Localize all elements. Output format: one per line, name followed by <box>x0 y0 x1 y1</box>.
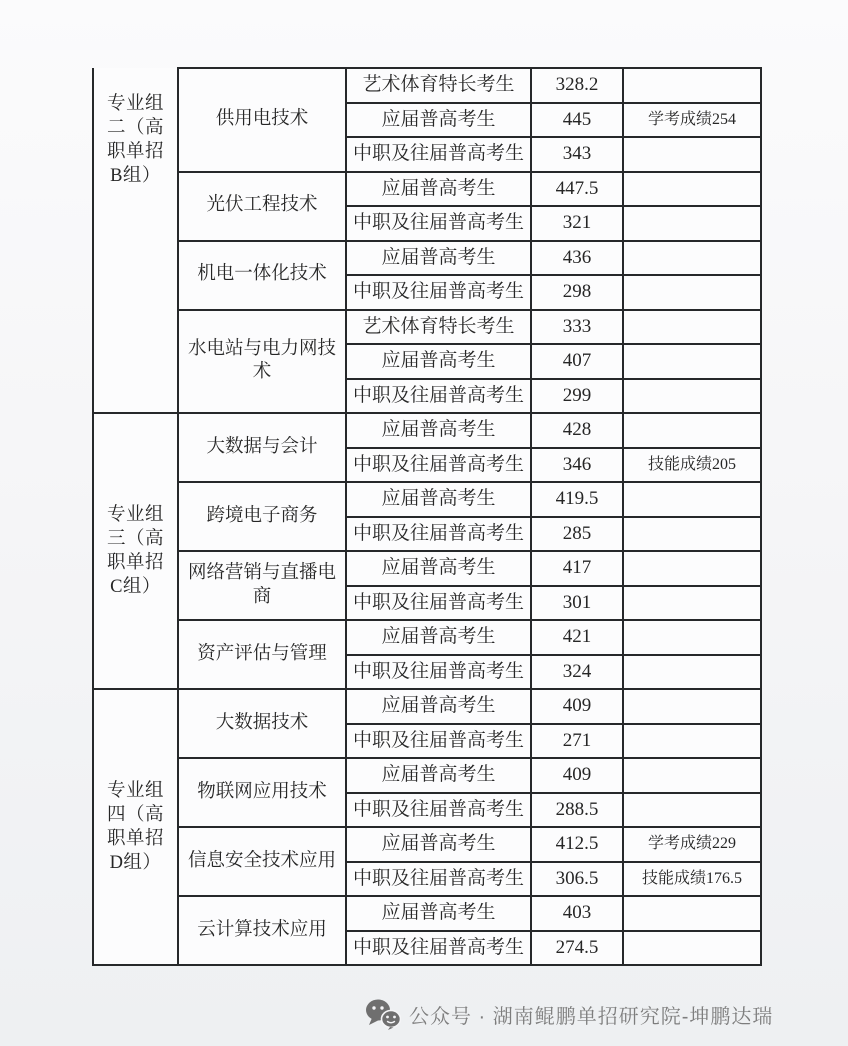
note-cell: 技能成绩176.5 <box>623 862 761 897</box>
note-cell <box>623 620 761 655</box>
candidate-type-cell: 应届普高考生 <box>346 482 531 517</box>
candidate-type-cell: 中职及往届普高考生 <box>346 137 531 172</box>
note-cell <box>623 379 761 414</box>
note-cell <box>623 896 761 931</box>
candidate-type-cell: 应届普高考生 <box>346 413 531 448</box>
table-row: 网络营销与直播电商应届普高考生417 <box>93 551 761 586</box>
table-row: 云计算技术应用应届普高考生403 <box>93 896 761 931</box>
note-cell <box>623 931 761 966</box>
watermark-footer: 公众号 · 湖南鲲鹏单招研究院-坤鹏达瑞 <box>365 998 773 1030</box>
page: 专业组二（高职单招B组）供用电技术艺术体育特长考生328.2应届普高考生445学… <box>0 0 848 1046</box>
score-cell: 306.5 <box>531 862 623 897</box>
score-cell: 445 <box>531 103 623 138</box>
score-cell: 271 <box>531 724 623 759</box>
candidate-type-cell: 中职及往届普高考生 <box>346 862 531 897</box>
candidate-type-cell: 中职及往届普高考生 <box>346 655 531 690</box>
table-row: 光伏工程技术应届普高考生447.5 <box>93 172 761 207</box>
major-cell: 云计算技术应用 <box>178 896 346 965</box>
score-cell: 436 <box>531 241 623 276</box>
note-cell <box>623 551 761 586</box>
candidate-type-cell: 应届普高考生 <box>346 344 531 379</box>
score-cell: 324 <box>531 655 623 690</box>
candidate-type-cell: 应届普高考生 <box>346 172 531 207</box>
score-cell: 299 <box>531 379 623 414</box>
score-cell: 321 <box>531 206 623 241</box>
candidate-type-cell: 中职及往届普高考生 <box>346 931 531 966</box>
score-cell: 409 <box>531 758 623 793</box>
major-cell: 物联网应用技术 <box>178 758 346 827</box>
candidate-type-cell: 应届普高考生 <box>346 758 531 793</box>
note-cell <box>623 310 761 345</box>
major-cell: 信息安全技术应用 <box>178 827 346 896</box>
major-cell: 跨境电子商务 <box>178 482 346 551</box>
group-cell: 专业组二（高职单招B组） <box>93 68 178 413</box>
candidate-type-cell: 中职及往届普高考生 <box>346 379 531 414</box>
candidate-type-cell: 应届普高考生 <box>346 689 531 724</box>
score-cell: 421 <box>531 620 623 655</box>
note-cell <box>623 689 761 724</box>
note-cell <box>623 68 761 103</box>
major-cell: 机电一体化技术 <box>178 241 346 310</box>
candidate-type-cell: 应届普高考生 <box>346 827 531 862</box>
score-cell: 298 <box>531 275 623 310</box>
group-cell: 专业组四（高职单招D组） <box>93 689 178 965</box>
table-row: 资产评估与管理应届普高考生421 <box>93 620 761 655</box>
note-cell <box>623 517 761 552</box>
table-row: 跨境电子商务应届普高考生419.5 <box>93 482 761 517</box>
table-row: 专业组三（高职单招C组）大数据与会计应届普高考生428 <box>93 413 761 448</box>
table-row: 水电站与电力网技术艺术体育特长考生333 <box>93 310 761 345</box>
score-cell: 417 <box>531 551 623 586</box>
note-cell <box>623 758 761 793</box>
score-cell: 346 <box>531 448 623 483</box>
note-cell <box>623 137 761 172</box>
table-row: 机电一体化技术应届普高考生436 <box>93 241 761 276</box>
candidate-type-cell: 应届普高考生 <box>346 620 531 655</box>
candidate-type-cell: 应届普高考生 <box>346 241 531 276</box>
candidate-type-cell: 艺术体育特长考生 <box>346 310 531 345</box>
candidate-type-cell: 中职及往届普高考生 <box>346 206 531 241</box>
note-cell <box>623 275 761 310</box>
major-cell: 水电站与电力网技术 <box>178 310 346 414</box>
major-cell: 大数据与会计 <box>178 413 346 482</box>
group-cell: 专业组三（高职单招C组） <box>93 413 178 689</box>
note-cell <box>623 724 761 759</box>
score-cell: 301 <box>531 586 623 621</box>
candidate-type-cell: 应届普高考生 <box>346 551 531 586</box>
table-row: 物联网应用技术应届普高考生409 <box>93 758 761 793</box>
score-cell: 403 <box>531 896 623 931</box>
candidate-type-cell: 中职及往届普高考生 <box>346 793 531 828</box>
note-cell <box>623 655 761 690</box>
candidate-type-cell: 中职及往届普高考生 <box>346 275 531 310</box>
candidate-type-cell: 应届普高考生 <box>346 896 531 931</box>
note-cell <box>623 172 761 207</box>
note-cell: 技能成绩205 <box>623 448 761 483</box>
table-row: 专业组四（高职单招D组）大数据技术应届普高考生409 <box>93 689 761 724</box>
major-cell: 供用电技术 <box>178 68 346 172</box>
note-cell <box>623 793 761 828</box>
score-cell: 333 <box>531 310 623 345</box>
candidate-type-cell: 应届普高考生 <box>346 103 531 138</box>
admission-score-table: 专业组二（高职单招B组）供用电技术艺术体育特长考生328.2应届普高考生445学… <box>92 67 762 966</box>
score-cell: 447.5 <box>531 172 623 207</box>
major-cell: 资产评估与管理 <box>178 620 346 689</box>
note-cell <box>623 482 761 517</box>
major-cell: 网络营销与直播电商 <box>178 551 346 620</box>
candidate-type-cell: 艺术体育特长考生 <box>346 68 531 103</box>
candidate-type-cell: 中职及往届普高考生 <box>346 517 531 552</box>
candidate-type-cell: 中职及往届普高考生 <box>346 724 531 759</box>
score-cell: 288.5 <box>531 793 623 828</box>
score-cell: 412.5 <box>531 827 623 862</box>
table-row: 信息安全技术应用应届普高考生412.5学考成绩229 <box>93 827 761 862</box>
score-cell: 328.2 <box>531 68 623 103</box>
note-cell <box>623 344 761 379</box>
note-cell: 学考成绩229 <box>623 827 761 862</box>
note-cell: 学考成绩254 <box>623 103 761 138</box>
note-cell <box>623 586 761 621</box>
table-row: 专业组二（高职单招B组）供用电技术艺术体育特长考生328.2 <box>93 68 761 103</box>
score-cell: 407 <box>531 344 623 379</box>
major-cell: 大数据技术 <box>178 689 346 758</box>
wechat-icon <box>365 998 401 1030</box>
note-cell <box>623 241 761 276</box>
major-cell: 光伏工程技术 <box>178 172 346 241</box>
candidate-type-cell: 中职及往届普高考生 <box>346 448 531 483</box>
note-cell <box>623 206 761 241</box>
score-cell: 285 <box>531 517 623 552</box>
candidate-type-cell: 中职及往届普高考生 <box>346 586 531 621</box>
watermark-text: 公众号 · 湖南鲲鹏单招研究院-坤鹏达瑞 <box>409 1000 773 1029</box>
score-cell: 428 <box>531 413 623 448</box>
score-cell: 419.5 <box>531 482 623 517</box>
note-cell <box>623 413 761 448</box>
score-cell: 409 <box>531 689 623 724</box>
score-cell: 274.5 <box>531 931 623 966</box>
score-cell: 343 <box>531 137 623 172</box>
